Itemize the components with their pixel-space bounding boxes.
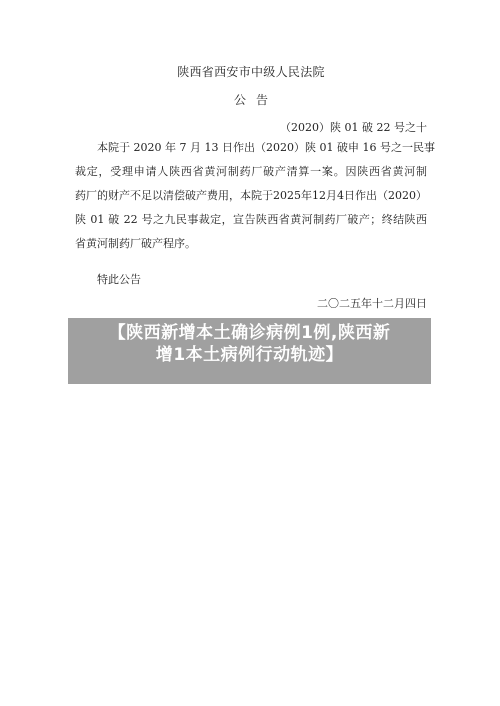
- body-line: 本院于 2020 年 7 月 13 日作出（2020）陕 01 破申 16 号之…: [75, 139, 427, 163]
- closing-phrase: 特此公告: [97, 272, 141, 288]
- notice-date: 二〇二五年十二月四日: [317, 296, 427, 312]
- headline-banner: 【陕西新增本土确诊病例1例,陕西新 增1本土病例行动轨迹】: [68, 318, 431, 384]
- case-number: （2020）陕 01 破 22 号之十: [280, 120, 427, 136]
- banner-headline-line-2: 增1本土病例行动轨迹】: [68, 344, 431, 366]
- body-line: 药厂的财产不足以清偿破产费用，本院于2025年12月4日作出（2020）: [75, 187, 427, 211]
- notice-title: 公告: [75, 92, 427, 108]
- banner-headline-line-1: 【陕西新增本土确诊病例1例,陕西新: [68, 322, 431, 344]
- notice-body: 本院于 2020 年 7 月 13 日作出（2020）陕 01 破申 16 号之…: [75, 139, 427, 259]
- court-name-heading: 陕西省西安市中级人民法院: [75, 64, 427, 80]
- body-line: 省黄河制药厂破产程序。: [75, 235, 427, 259]
- body-line: 陕 01 破 22 号之九民事裁定，宣告陕西省黄河制药厂破产；终结陕西: [75, 211, 427, 235]
- body-line: 裁定，受理申请人陕西省黄河制药厂破产清算一案。因陕西省黄河制: [75, 163, 427, 187]
